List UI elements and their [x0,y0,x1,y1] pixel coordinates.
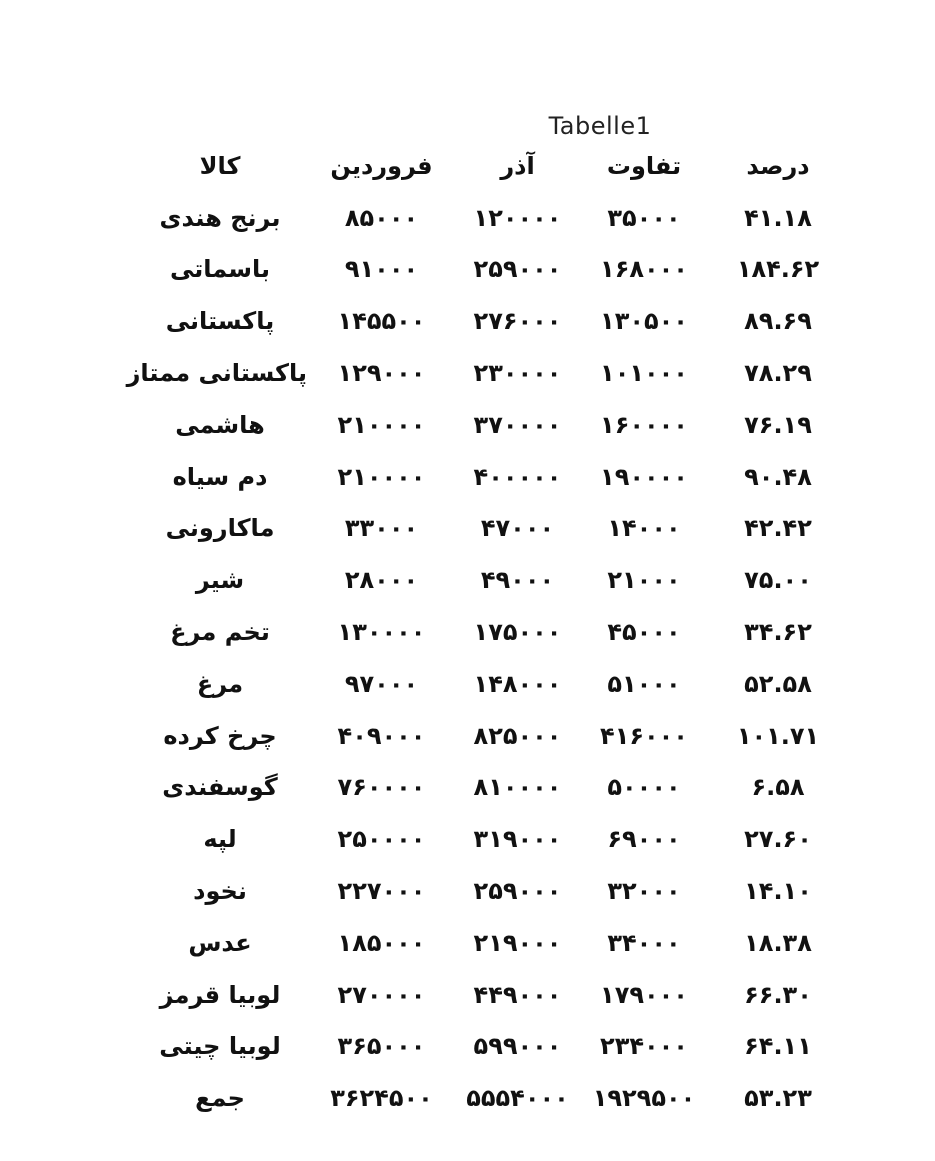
cell-name: دم سیاه [133,451,307,503]
cell-azar: ۱۴۸۰۰۰ [456,658,579,710]
cell-name: لوبیا قرمز [133,969,307,1021]
cell-farvardin: ۲۱۰۰۰۰ [307,399,456,451]
table-row: نخود۲۲۷۰۰۰۲۵۹۰۰۰۳۲۰۰۰۱۴.۱۰ [133,865,847,917]
cell-name: لوبیا چیتی [133,1021,307,1073]
table-row: باسماتی۹۱۰۰۰۲۵۹۰۰۰۱۶۸۰۰۰۱۸۴.۶۲ [133,244,847,296]
cell-farvardin: ۴۰۹۰۰۰ [307,710,456,762]
table-row: شیر۲۸۰۰۰۴۹۰۰۰۲۱۰۰۰۷۵.۰۰ [133,554,847,606]
cell-farvardin: ۲۱۰۰۰۰ [307,451,456,503]
cell-azar: ۴۰۰۰۰۰ [456,451,579,503]
cell-name: مرغ [133,658,307,710]
cell-tafavot: ۶۹۰۰۰ [579,813,709,865]
cell-farvardin: ۷۶۰۰۰۰ [307,762,456,814]
cell-farvardin: ۱۳۰۰۰۰ [307,606,456,658]
cell-farvardin: ۳۳۰۰۰ [307,503,456,555]
cell-name: پاکستانی ممتاز [133,347,307,399]
cell-azar: ۲۵۹۰۰۰ [456,865,579,917]
cell-tafavot: ۱۳۰۵۰۰ [579,295,709,347]
column-header-darsad: درصد [709,140,847,192]
cell-tafavot: ۵۰۰۰۰ [579,762,709,814]
cell-tafavot: ۱۷۹۰۰۰ [579,969,709,1021]
table-row: لوبیا قرمز۲۷۰۰۰۰۴۴۹۰۰۰۱۷۹۰۰۰۶۶.۳۰ [133,969,847,1021]
cell-tafavot: ۱۶۰۰۰۰ [579,399,709,451]
table-row: برنج هندی۸۵۰۰۰۱۲۰۰۰۰۳۵۰۰۰۴۱.۱۸ [133,192,847,244]
cell-name: لپه [133,813,307,865]
cell-darsad: ۱۸۴.۶۲ [709,244,847,296]
cell-tafavot: ۱۹۲۹۵۰۰ [579,1072,709,1124]
cell-darsad: ۷۵.۰۰ [709,554,847,606]
cell-darsad: ۴۱.۱۸ [709,192,847,244]
table-row: گوسفندی۷۶۰۰۰۰۸۱۰۰۰۰۵۰۰۰۰۶.۵۸ [133,762,847,814]
cell-farvardin: ۳۶۵۰۰۰ [307,1021,456,1073]
cell-tafavot: ۱۴۰۰۰ [579,503,709,555]
table-row: چرخ کرده۴۰۹۰۰۰۸۲۵۰۰۰۴۱۶۰۰۰۱۰۱.۷۱ [133,710,847,762]
cell-darsad: ۷۸.۲۹ [709,347,847,399]
cell-farvardin: ۹۷۰۰۰ [307,658,456,710]
cell-tafavot: ۲۳۴۰۰۰ [579,1021,709,1073]
cell-azar: ۴۹۰۰۰ [456,554,579,606]
cell-tafavot: ۵۱۰۰۰ [579,658,709,710]
cell-darsad: ۶۴.۱۱ [709,1021,847,1073]
cell-name: عدس [133,917,307,969]
cell-tafavot: ۳۲۰۰۰ [579,865,709,917]
cell-tafavot: ۱۰۱۰۰۰ [579,347,709,399]
cell-name: شیر [133,554,307,606]
cell-azar: ۲۵۹۰۰۰ [456,244,579,296]
cell-azar: ۱۷۵۰۰۰ [456,606,579,658]
table-row: مرغ۹۷۰۰۰۱۴۸۰۰۰۵۱۰۰۰۵۲.۵۸ [133,658,847,710]
table-body: برنج هندی۸۵۰۰۰۱۲۰۰۰۰۳۵۰۰۰۴۱.۱۸باسماتی۹۱۰… [133,192,847,1124]
cell-tafavot: ۲۱۰۰۰ [579,554,709,606]
cell-farvardin: ۱۸۵۰۰۰ [307,917,456,969]
cell-farvardin: ۱۴۵۵۰۰ [307,295,456,347]
table-row: هاشمی۲۱۰۰۰۰۳۷۰۰۰۰۱۶۰۰۰۰۷۶.۱۹ [133,399,847,451]
table-row: ماکارونی۳۳۰۰۰۴۷۰۰۰۱۴۰۰۰۴۲.۴۲ [133,503,847,555]
table-row: لپه۲۵۰۰۰۰۳۱۹۰۰۰۶۹۰۰۰۲۷.۶۰ [133,813,847,865]
cell-farvardin: ۲۷۰۰۰۰ [307,969,456,1021]
table-header: کالا فروردین آذر تفاوت درصد [133,140,847,192]
cell-darsad: ۵۲.۵۸ [709,658,847,710]
column-header-goods: کالا [133,140,307,192]
cell-name: هاشمی [133,399,307,451]
cell-tafavot: ۴۵۰۰۰ [579,606,709,658]
table-row: تخم مرغ۱۳۰۰۰۰۱۷۵۰۰۰۴۵۰۰۰۳۴.۶۲ [133,606,847,658]
cell-darsad: ۶.۵۸ [709,762,847,814]
cell-azar: ۲۳۰۰۰۰ [456,347,579,399]
cell-tafavot: ۳۵۰۰۰ [579,192,709,244]
cell-name: جمع [133,1072,307,1124]
cell-azar: ۸۲۵۰۰۰ [456,710,579,762]
cell-name: برنج هندی [133,192,307,244]
cell-azar: ۲۷۶۰۰۰ [456,295,579,347]
cell-azar: ۲۱۹۰۰۰ [456,917,579,969]
cell-azar: ۸۱۰۰۰۰ [456,762,579,814]
cell-darsad: ۹۰.۴۸ [709,451,847,503]
cell-name: پاکستانی [133,295,307,347]
column-header-farvardin: فروردین [307,140,456,192]
cell-darsad: ۱۴.۱۰ [709,865,847,917]
cell-darsad: ۳۴.۶۲ [709,606,847,658]
table-row: جمع۳۶۲۴۵۰۰۵۵۵۴۰۰۰۱۹۲۹۵۰۰۵۳.۲۳ [133,1072,847,1124]
cell-farvardin: ۸۵۰۰۰ [307,192,456,244]
table-row: پاکستانی ممتاز۱۲۹۰۰۰۲۳۰۰۰۰۱۰۱۰۰۰۷۸.۲۹ [133,347,847,399]
cell-darsad: ۱۰۱.۷۱ [709,710,847,762]
cell-name: تخم مرغ [133,606,307,658]
cell-name: گوسفندی [133,762,307,814]
cell-name: نخود [133,865,307,917]
cell-farvardin: ۹۱۰۰۰ [307,244,456,296]
table-row: عدس۱۸۵۰۰۰۲۱۹۰۰۰۳۴۰۰۰۱۸.۳۸ [133,917,847,969]
column-header-tafavot: تفاوت [579,140,709,192]
cell-azar: ۵۵۵۴۰۰۰ [456,1072,579,1124]
cell-darsad: ۲۷.۶۰ [709,813,847,865]
cell-tafavot: ۴۱۶۰۰۰ [579,710,709,762]
cell-darsad: ۸۹.۶۹ [709,295,847,347]
cell-azar: ۵۹۹۰۰۰ [456,1021,579,1073]
cell-azar: ۳۷۰۰۰۰ [456,399,579,451]
cell-azar: ۱۲۰۰۰۰ [456,192,579,244]
cell-name: چرخ کرده [133,710,307,762]
table-row: لوبیا چیتی۳۶۵۰۰۰۵۹۹۰۰۰۲۳۴۰۰۰۶۴.۱۱ [133,1021,847,1073]
table-row: دم سیاه۲۱۰۰۰۰۴۰۰۰۰۰۱۹۰۰۰۰۹۰.۴۸ [133,451,847,503]
cell-farvardin: ۲۵۰۰۰۰ [307,813,456,865]
table-row: پاکستانی۱۴۵۵۰۰۲۷۶۰۰۰۱۳۰۵۰۰۸۹.۶۹ [133,295,847,347]
cell-azar: ۳۱۹۰۰۰ [456,813,579,865]
cell-tafavot: ۱۹۰۰۰۰ [579,451,709,503]
cell-tafavot: ۱۶۸۰۰۰ [579,244,709,296]
cell-darsad: ۱۸.۳۸ [709,917,847,969]
cell-darsad: ۷۶.۱۹ [709,399,847,451]
header-row: کالا فروردین آذر تفاوت درصد [133,140,847,192]
price-comparison-table: کالا فروردین آذر تفاوت درصد برنج هندی۸۵۰… [133,140,847,1124]
cell-darsad: ۶۶.۳۰ [709,969,847,1021]
cell-azar: ۴۴۹۰۰۰ [456,969,579,1021]
table-title: Tabelle1 [380,112,820,140]
column-header-azar: آذر [456,140,579,192]
cell-azar: ۴۷۰۰۰ [456,503,579,555]
cell-darsad: ۵۳.۲۳ [709,1072,847,1124]
cell-name: باسماتی [133,244,307,296]
cell-darsad: ۴۲.۴۲ [709,503,847,555]
cell-name: ماکارونی [133,503,307,555]
cell-farvardin: ۲۲۷۰۰۰ [307,865,456,917]
cell-farvardin: ۲۸۰۰۰ [307,554,456,606]
cell-farvardin: ۱۲۹۰۰۰ [307,347,456,399]
cell-farvardin: ۳۶۲۴۵۰۰ [307,1072,456,1124]
cell-tafavot: ۳۴۰۰۰ [579,917,709,969]
